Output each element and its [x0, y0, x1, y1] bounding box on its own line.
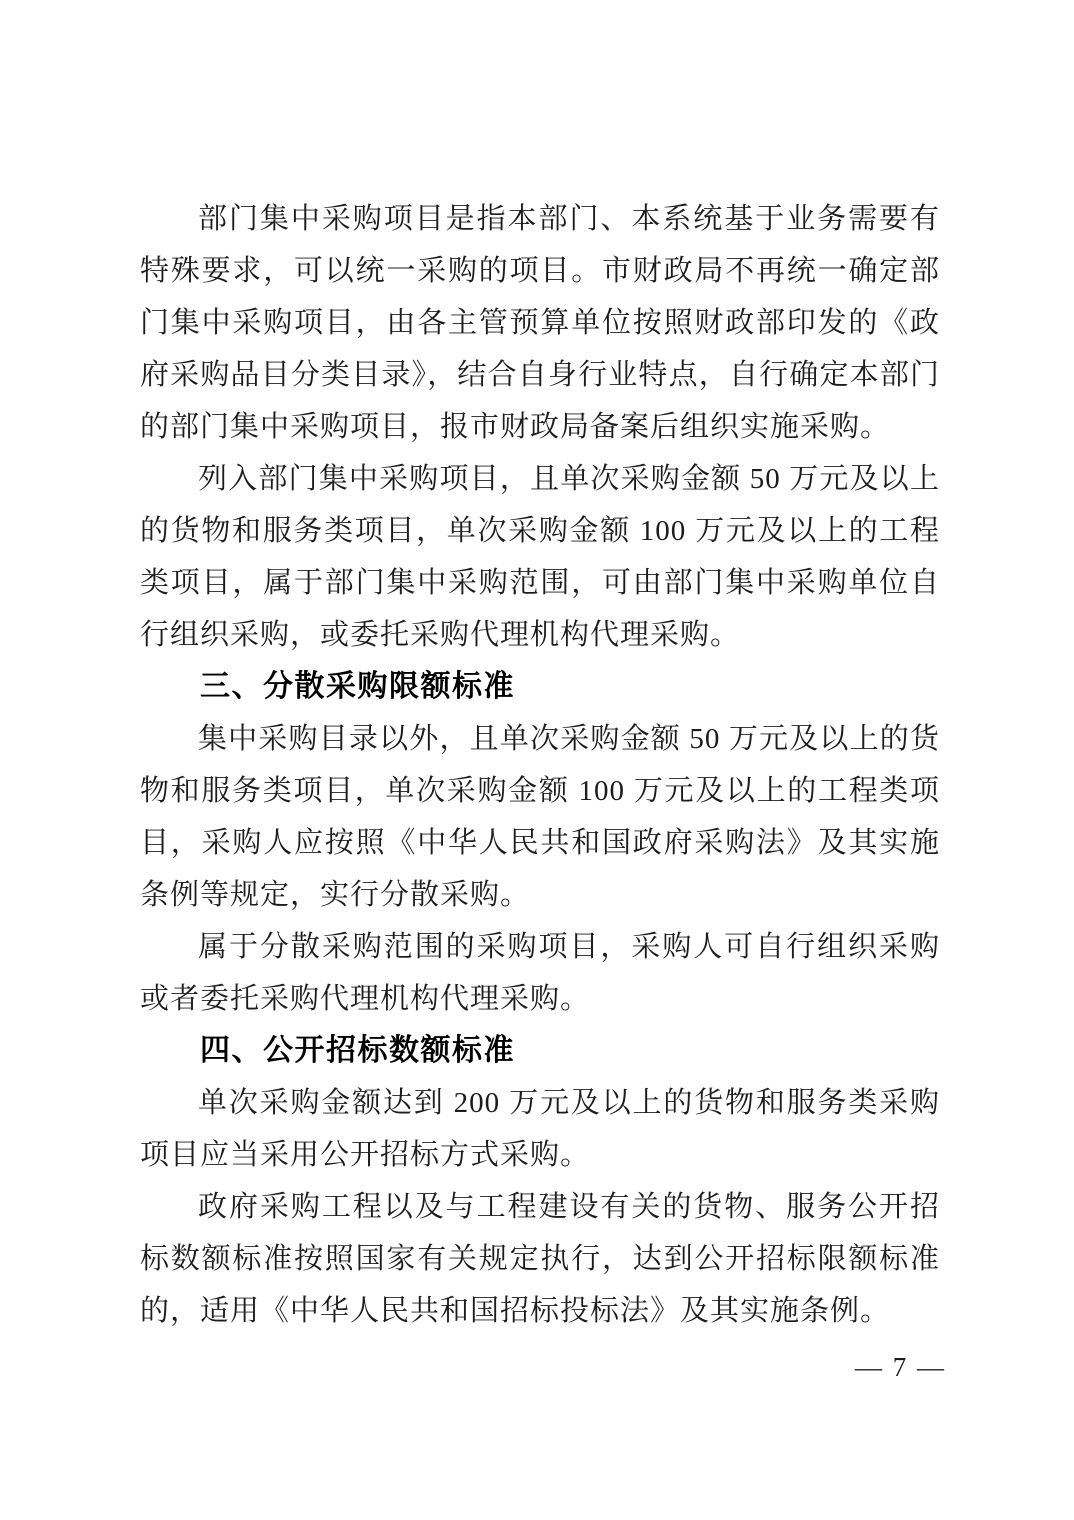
body-paragraph: 列入部门集中采购项目，且单次采购金额 50 万元及以上的货物和服务类项目，单次采…: [140, 453, 940, 661]
body-paragraph: 属于分散采购范围的采购项目，采购人可自行组织采购或者委托采购代理机构代理采购。: [140, 921, 940, 1025]
document-body: 部门集中采购项目是指本部门、本系统基于业务需要有特殊要求，可以统一采购的项目。市…: [140, 193, 940, 1337]
body-paragraph: 集中采购目录以外，且单次采购金额 50 万元及以上的货物和服务类项目，单次采购金…: [140, 713, 940, 921]
page-number: — 7 —: [855, 1352, 946, 1383]
document-page: 部门集中采购项目是指本部门、本系统基于业务需要有特殊要求，可以统一采购的项目。市…: [0, 0, 1074, 1520]
section-heading: 四、公开招标数额标准: [140, 1025, 940, 1077]
body-paragraph: 部门集中采购项目是指本部门、本系统基于业务需要有特殊要求，可以统一采购的项目。市…: [140, 193, 940, 453]
section-heading: 三、分散采购限额标准: [140, 661, 940, 713]
body-paragraph: 政府采购工程以及与工程建设有关的货物、服务公开招标数额标准按照国家有关规定执行，…: [140, 1181, 940, 1337]
body-paragraph: 单次采购金额达到 200 万元及以上的货物和服务类采购项目应当采用公开招标方式采…: [140, 1077, 940, 1181]
